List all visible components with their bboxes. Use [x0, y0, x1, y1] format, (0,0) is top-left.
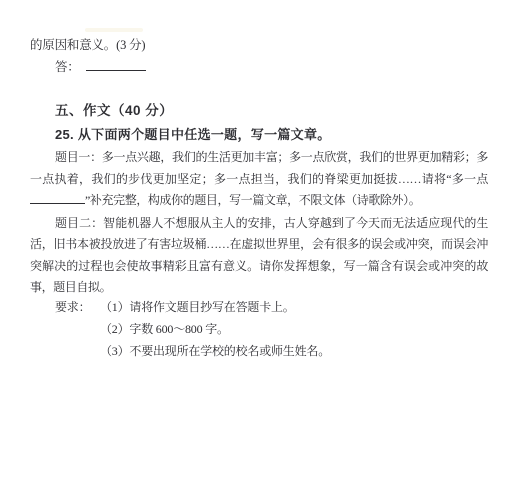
question-25-instruction: 25. 从下面两个题目中任选一题，写一篇文章。	[30, 123, 488, 146]
requirements-label: 要求：	[55, 296, 90, 318]
requirement-item: （3）不要出现所在学校的校名或师生姓名。	[100, 340, 488, 362]
section-heading: 五、作文（40 分）	[30, 99, 488, 123]
topic-two-paragraph: 题目二：智能机器人不想服从主人的安排，古人穿越到了今天而无法适应现代的生活，旧书…	[30, 213, 488, 299]
answer-line: 答：	[30, 56, 488, 78]
title-blank-line	[30, 192, 85, 204]
answer-label: 答：	[55, 60, 80, 74]
answer-blank-line	[86, 59, 146, 71]
previous-question-tail: 的原因和意义。(3 分)	[30, 34, 488, 56]
exam-paper-page: 的原因和意义。(3 分) 答： 五、作文（40 分） 25. 从下面两个题目中任…	[0, 0, 517, 500]
topic-one-text-before-blank: 题目一：多一点兴趣，我们的生活更加丰富；多一点欣赏，我们的世界更加精彩；多一点执…	[30, 150, 488, 186]
requirement-item: （1）请将作文题目抄写在答题卡上。	[100, 296, 488, 318]
topic-one-text-after-blank: ”补充完整，构成你的题目，写一篇文章，不限文体（诗歌除外）。	[85, 193, 420, 207]
requirement-item: （2）字数 600～800 字。	[100, 318, 488, 340]
requirements-block: 要求： （1）请将作文题目抄写在答题卡上。 （2）字数 600～800 字。 （…	[30, 296, 488, 363]
topic-one-paragraph: 题目一：多一点兴趣，我们的生活更加丰富；多一点欣赏，我们的世界更加精彩；多一点执…	[30, 147, 488, 212]
scan-artifact	[85, 28, 143, 32]
